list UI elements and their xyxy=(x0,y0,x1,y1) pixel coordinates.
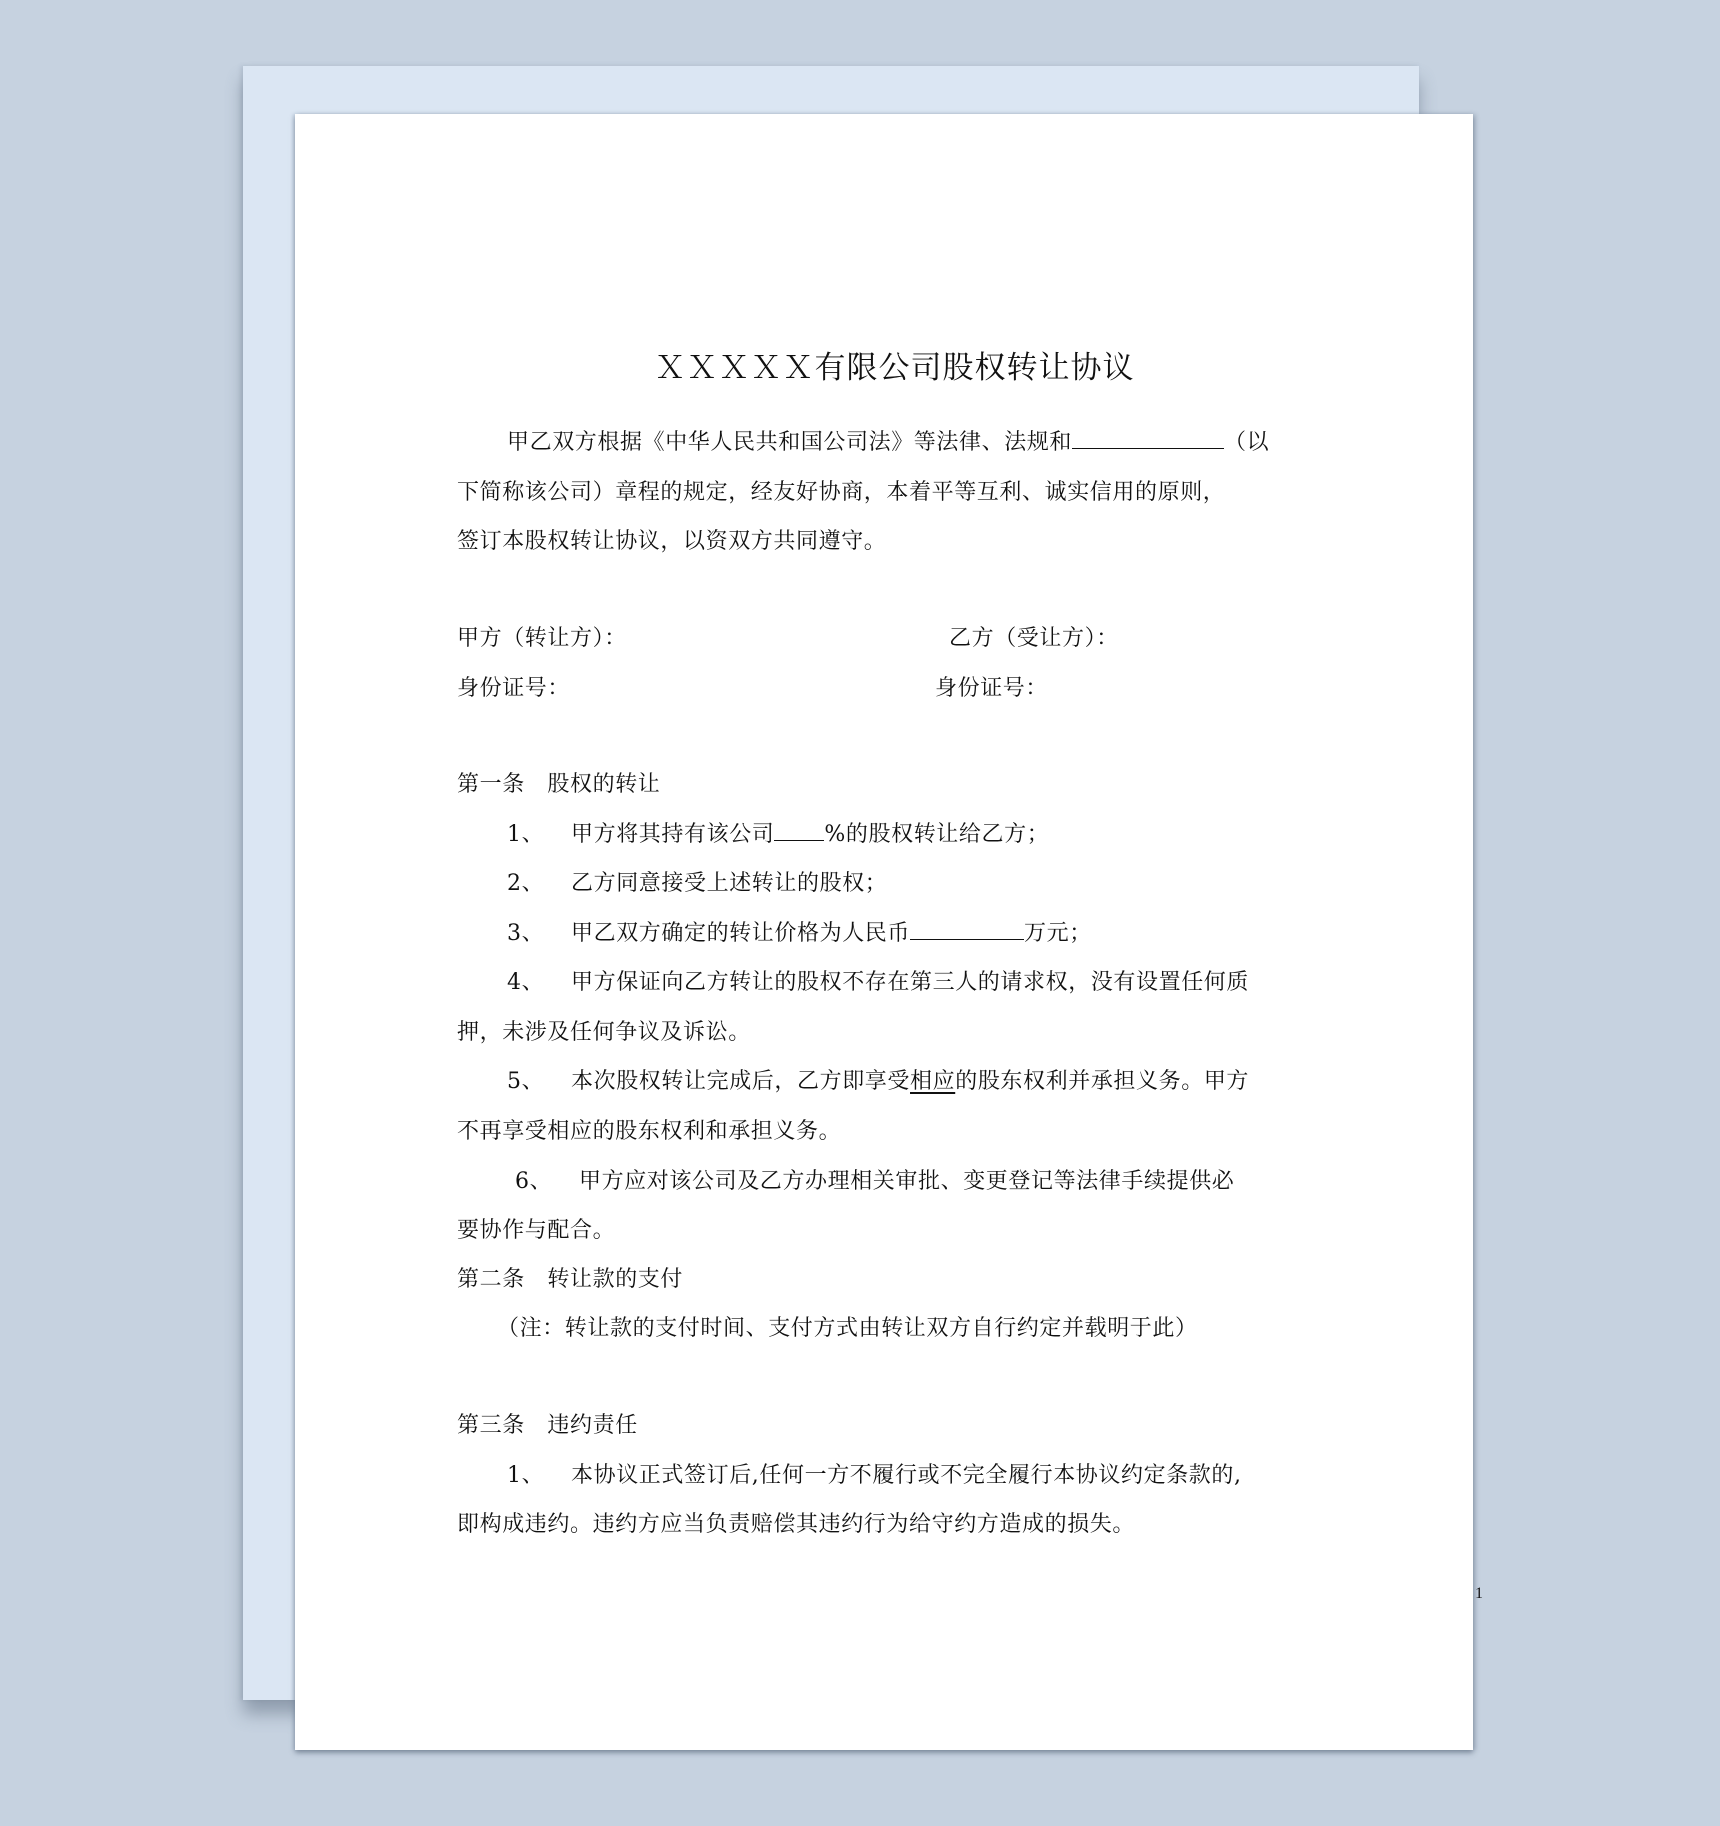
article-1-item-1: 1、甲方将其持有该公司%的股权转让给乙方； xyxy=(507,810,1049,859)
item-text: 甲方将其持有该公司 xyxy=(571,822,774,847)
article-3-heading: 第三条 违约责任 xyxy=(457,1401,638,1450)
item-text-suffix: 的股东权利并承担义务。甲方 xyxy=(955,1069,1249,1094)
article-1-item-3: 3、甲乙双方确定的转让价格为人民币万元； xyxy=(507,909,1092,958)
item-text: 本次股权转让完成后，乙方即享受 xyxy=(571,1069,910,1094)
preamble-text: 甲乙双方根据《中华人民共和国公司法》等法律、法规和 xyxy=(507,430,1072,455)
item-number: 6、 xyxy=(515,1157,579,1206)
party-a-label: 甲方（转让方）： xyxy=(457,614,627,663)
item-text: 甲方保证向乙方转让的股权不存在第三人的请求权，没有设置任何质 xyxy=(571,970,1249,995)
company-name-blank[interactable] xyxy=(1072,422,1224,449)
item-text-suffix: %的股权转让给乙方； xyxy=(824,822,1049,847)
item-text: 甲乙双方确定的转让价格为人民币 xyxy=(571,921,910,946)
article-1-item-5-line-1: 5、本次股权转让完成后，乙方即享受相应的股东权利并承担义务。甲方 xyxy=(507,1057,1249,1106)
preamble-line-2: 下简称该公司）章程的规定，经友好协商，本着平等互利、诚实信用的原则， xyxy=(457,468,1225,517)
item-number: 1、 xyxy=(507,1451,571,1500)
item-number: 3、 xyxy=(507,909,571,958)
party-b-label: 乙方（受让方）： xyxy=(949,614,1119,663)
item-text: 本协议正式签订后,任何一方不履行或不完全履行本协议约定条款的, xyxy=(571,1463,1242,1488)
underlined-text: 相应 xyxy=(910,1069,955,1094)
item-text: 乙方同意接受上述转让的股权； xyxy=(571,871,887,896)
document-title: ＸＸＸＸＸ有限公司股权转让协议 xyxy=(457,348,1332,388)
item-text: 甲方应对该公司及乙方办理相关审批、变更登记等法律手续提供必 xyxy=(579,1169,1234,1194)
article-3-item-1-line-2: 即构成违约。违约方应当负责赔偿其违约行为给守约方造成的损失。 xyxy=(457,1500,1135,1549)
article-1-heading: 第一条 股权的转让 xyxy=(457,760,660,809)
article-1-item-2: 2、乙方同意接受上述转让的股权； xyxy=(507,859,887,908)
preamble-line-1: 甲乙双方根据《中华人民共和国公司法》等法律、法规和（以 xyxy=(507,418,1269,467)
article-1-item-5-line-2: 不再享受相应的股东权利和承担义务。 xyxy=(457,1107,841,1156)
article-1-item-6-line-2: 要协作与配合。 xyxy=(457,1206,615,1255)
article-1-item-4-line-1: 4、甲方保证向乙方转让的股权不存在第三人的请求权，没有设置任何质 xyxy=(507,958,1249,1007)
party-a-id-label: 身份证号： xyxy=(457,664,570,713)
item-number: 5、 xyxy=(507,1057,571,1106)
article-2-note: （注：转让款的支付时间、支付方式由转让双方自行约定并载明于此） xyxy=(497,1304,1198,1353)
percentage-blank[interactable] xyxy=(774,814,824,841)
article-3-item-1-line-1: 1、本协议正式签订后,任何一方不履行或不完全履行本协议约定条款的, xyxy=(507,1451,1242,1500)
article-2-heading: 第二条 转让款的支付 xyxy=(457,1255,683,1304)
document-page: ＸＸＸＸＸ有限公司股权转让协议 甲乙双方根据《中华人民共和国公司法》等法律、法规… xyxy=(295,114,1473,1750)
price-blank[interactable] xyxy=(910,913,1024,940)
item-number: 1、 xyxy=(507,810,571,859)
item-number: 4、 xyxy=(507,958,571,1007)
preamble-text-suffix: （以 xyxy=(1224,430,1269,455)
article-1-item-4-line-2: 押，未涉及任何争议及诉讼。 xyxy=(457,1008,751,1057)
preamble-line-3: 签订本股权转让协议，以资双方共同遵守。 xyxy=(457,517,886,566)
item-text-suffix: 万元； xyxy=(1024,921,1092,946)
article-1-item-6-line-1: 6、甲方应对该公司及乙方办理相关审批、变更登记等法律手续提供必 xyxy=(515,1157,1234,1206)
party-b-id-label: 身份证号： xyxy=(935,664,1048,713)
item-number: 2、 xyxy=(507,859,571,908)
page-number: 1 xyxy=(1475,1584,1483,1604)
